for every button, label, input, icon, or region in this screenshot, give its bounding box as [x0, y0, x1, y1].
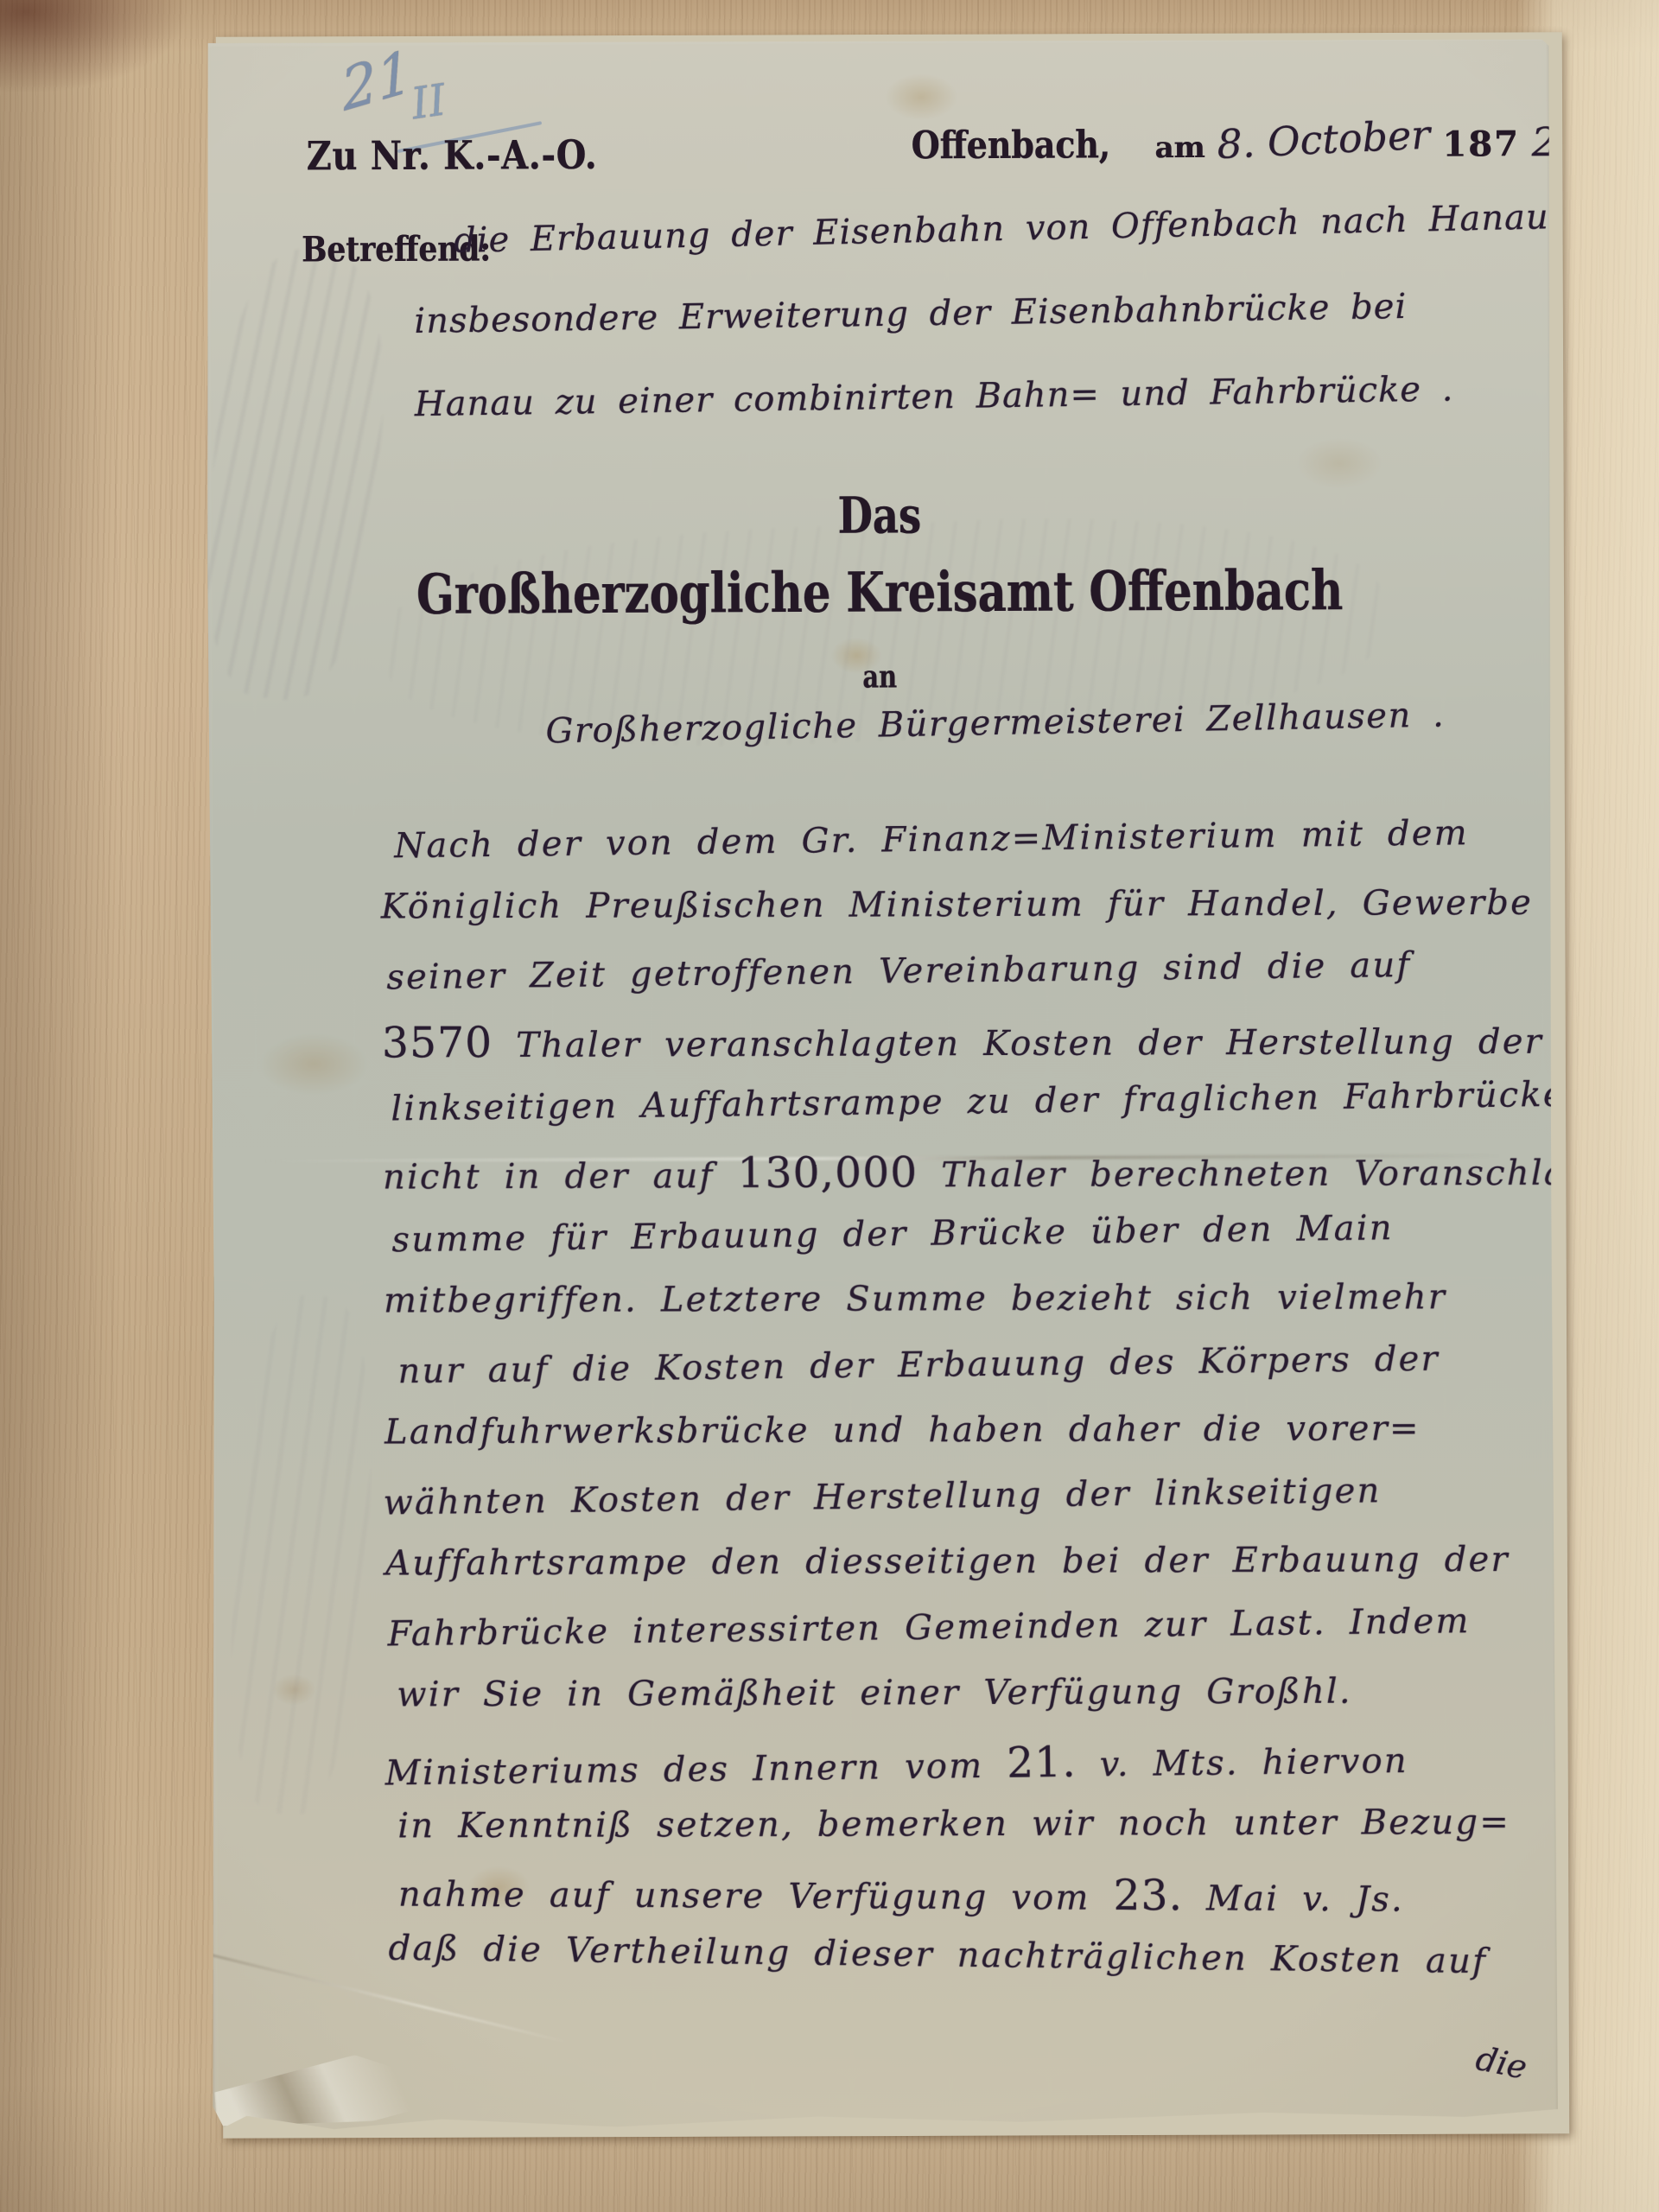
file-reference-text: Zu Nr. K.-A.-O. [306, 131, 597, 179]
handwritten-line: daß die Vertheilung dieser nachträgliche… [388, 1929, 1571, 2009]
handwritten-line: Ministeriums des Innern vom 21. v. Mts. … [385, 1732, 1569, 1812]
body-text: in Kenntniß setzen, bemerken wir noch un… [397, 1802, 1510, 1846]
date-figure: 21. [1007, 1738, 1077, 1788]
amount-figure: 3570 [382, 1018, 493, 1067]
body-text: mitbegriffen. Letztere Summe bezieht sic… [384, 1277, 1446, 1320]
am-printed: am [1154, 130, 1205, 165]
verso-ink-ghosting [191, 243, 399, 706]
handwritten-line: Königlich Preußischen Ministerium für Ha… [381, 883, 1563, 953]
date-figure: 23. [1113, 1871, 1183, 1920]
handwritten-line: in Kenntniß setzen, bemerken wir noch un… [397, 1802, 1569, 1872]
handwritten-line: summe für Erbauung der Brücke über den M… [391, 1206, 1566, 1287]
catchword: die [1472, 2039, 1530, 2087]
body-text: Thaler veranschlagten Kosten der Herstel… [493, 1022, 1543, 1065]
handwritten-line: wir Sie in Gemäßheit einer Verfügung Gro… [397, 1671, 1568, 1741]
letter-sheet: 21 II Zu Nr. K.-A.-O. Offenbach, am 8. O… [204, 37, 1560, 2136]
handwritten-line: nicht in der auf 130,000 Thaler berechne… [383, 1146, 1565, 1216]
handwritten-line: linkseitigen Auffahrtsrampe zu der fragl… [391, 1075, 1565, 1155]
letter-body: Nach der von dem Gr. Finanz=Ministerium … [378, 815, 1571, 2005]
handwritten-line: nahme auf unsere Verfügung vom 23. Mai v… [398, 1867, 1570, 1939]
place-printed: Offenbach, [911, 123, 1142, 168]
body-text: Königlich Preußischen Ministerium für Ha… [381, 883, 1533, 927]
handwritten-line: Nach der von dem Gr. Finanz=Ministerium … [394, 812, 1563, 893]
masthead-an: an [207, 656, 1553, 698]
body-text: Thaler berechneten Voranschlags= [918, 1153, 1641, 1195]
handwritten-line: Fahrbrücke interessirten Gemeinden zur L… [387, 1600, 1568, 1681]
subject-line: Hanau zu einer combinirten Bahn= und Fah… [415, 369, 1454, 424]
handwritten-line: Auffahrtsrampe den diesseitigen bei der … [385, 1540, 1567, 1610]
date-handwritten: 8. October [1216, 111, 1431, 168]
body-text: nicht in der auf [383, 1156, 738, 1197]
pencil-annotation-roman: II [408, 74, 448, 129]
handwritten-line: 3570 Thaler veranschlagten Kosten der He… [382, 1014, 1564, 1084]
masthead-das: Das [206, 483, 1552, 548]
handwritten-line: nur auf die Kosten der Erbauung des Körp… [397, 1338, 1567, 1418]
subject-line: die Erbauung der Eisenbahn von Offenbach… [454, 197, 1561, 261]
subject-line: insbesondere Erweiterung der Eisenbahnbr… [414, 287, 1407, 341]
body-text: nur auf die Kosten der Erbauung des Körp… [397, 1339, 1440, 1392]
dateline: Offenbach, am 8. October 187 2 . [911, 118, 1604, 168]
body-text: summe für Erbauung der Brücke über den M… [391, 1208, 1394, 1260]
body-text: v. Mts. hiervon [1077, 1741, 1409, 1785]
file-reference-label: Zu Nr. K.-A.-O. [306, 131, 645, 180]
body-text: Ministeriums des Innern vom [385, 1746, 1007, 1794]
body-text: Fahrbrücke interessirten Gemeinden zur L… [387, 1601, 1470, 1654]
body-text: wähnten Kosten der Herstellung der links… [383, 1471, 1381, 1522]
photo-of-document: 21 II Zu Nr. K.-A.-O. Offenbach, am 8. O… [0, 0, 1659, 2212]
date-period: . [1592, 118, 1605, 165]
body-text: seiner Zeit getroffenen Vereinbarung sin… [386, 945, 1412, 997]
verso-ink-ghosting [219, 1292, 383, 1818]
pencil-annotation-number: 21 [339, 37, 416, 124]
body-text: Auffahrtsrampe den diesseitigen bei der … [385, 1540, 1510, 1584]
masthead-authority: Großherzogliche Kreisamt Offenbach [207, 557, 1553, 628]
body-text: nahme auf unsere Verfügung vom [398, 1875, 1114, 1918]
body-text: wir Sie in Gemäßheit einer Verfügung Gro… [397, 1672, 1352, 1715]
amount-figure: 130,000 [737, 1147, 918, 1198]
body-text: Landfuhrwerksbrücke und haben daher die … [385, 1408, 1421, 1452]
handwritten-line: Landfuhrwerksbrücke und haben daher die … [385, 1408, 1567, 1478]
handwritten-line: mitbegriffen. Letztere Summe bezieht sic… [384, 1277, 1566, 1347]
body-text: Nach der von dem Gr. Finanz=Ministerium … [394, 813, 1469, 866]
year-printed: 187 [1442, 124, 1520, 164]
handwritten-line: seiner Zeit getroffenen Vereinbarung sin… [386, 944, 1564, 1024]
body-text: Mai v. Js. [1183, 1878, 1404, 1919]
handwritten-line: wähnten Kosten der Herstellung der links… [383, 1469, 1567, 1549]
